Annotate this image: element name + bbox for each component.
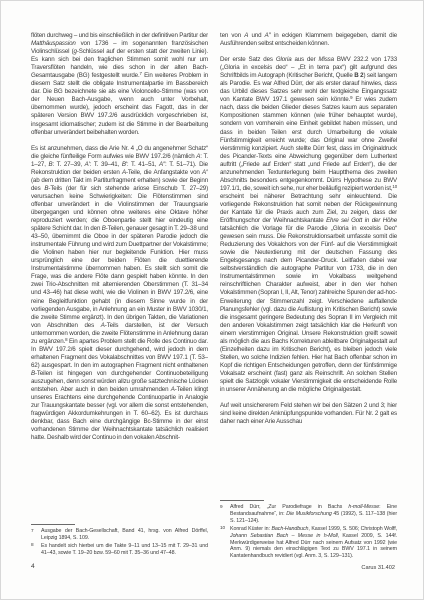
footnotes-left: 7 Ausgabe der Bach-Gesellschaft, Band 41… bbox=[31, 524, 208, 558]
footnote-text: Konrad Küster in: Bach-Handbuch, Kassel … bbox=[230, 526, 397, 561]
footnote-marker: 10 bbox=[220, 525, 227, 560]
footnote-text: Ausgabe der Bach-Gesellschaft, Band 41, … bbox=[41, 528, 208, 542]
footnote-text: Alfred Dürr, „Zur Parodiefrage in Bachs … bbox=[230, 504, 397, 525]
footnotes-right: 9 Alfred Dürr, „Zur Parodiefrage in Bach… bbox=[220, 500, 397, 561]
edition-number: Carus 31.402 bbox=[361, 565, 395, 571]
paragraph: Der erste Satz des Gloria aus der Missa … bbox=[220, 56, 397, 394]
footnote-rule bbox=[220, 500, 264, 501]
footnote: 9 Alfred Dürr, „Zur Parodiefrage in Bach… bbox=[220, 504, 397, 525]
paragraph: flöten durchweg – und bis einschließlich… bbox=[31, 32, 208, 137]
body-text-left-column: flöten durchweg – und bis einschließlich… bbox=[31, 32, 208, 522]
footnote-marker: 9 bbox=[220, 504, 227, 525]
footnote-rule bbox=[31, 524, 75, 525]
paragraph: Auf weit unsichererem Feld stehen wir be… bbox=[220, 402, 397, 426]
footnote: 7 Ausgabe der Bach-Gesellschaft, Band 41… bbox=[31, 528, 208, 542]
footnote: 8 Es handelt sich hierbei um die Takte 9… bbox=[31, 543, 208, 557]
footnote-text: Es handelt sich hierbei um die Takte 9–1… bbox=[41, 543, 208, 557]
footnote-marker: 7 bbox=[31, 528, 38, 542]
footnote-marker: 8 bbox=[31, 542, 38, 556]
paragraph: Es ist anzunehmen, dass die Arie Nr. 4 „… bbox=[31, 145, 208, 443]
footnote: 10 Konrad Küster in: Bach-Handbuch, Kass… bbox=[220, 526, 397, 561]
page-number: 4 bbox=[31, 563, 35, 570]
body-text-right-column: ten von A und A″ in eckigen Klammern bei… bbox=[220, 32, 397, 498]
paragraph: ten von A und A″ in eckigen Klammern bei… bbox=[220, 32, 397, 48]
document-page: flöten durchweg – und bis einschließlich… bbox=[0, 0, 424, 600]
